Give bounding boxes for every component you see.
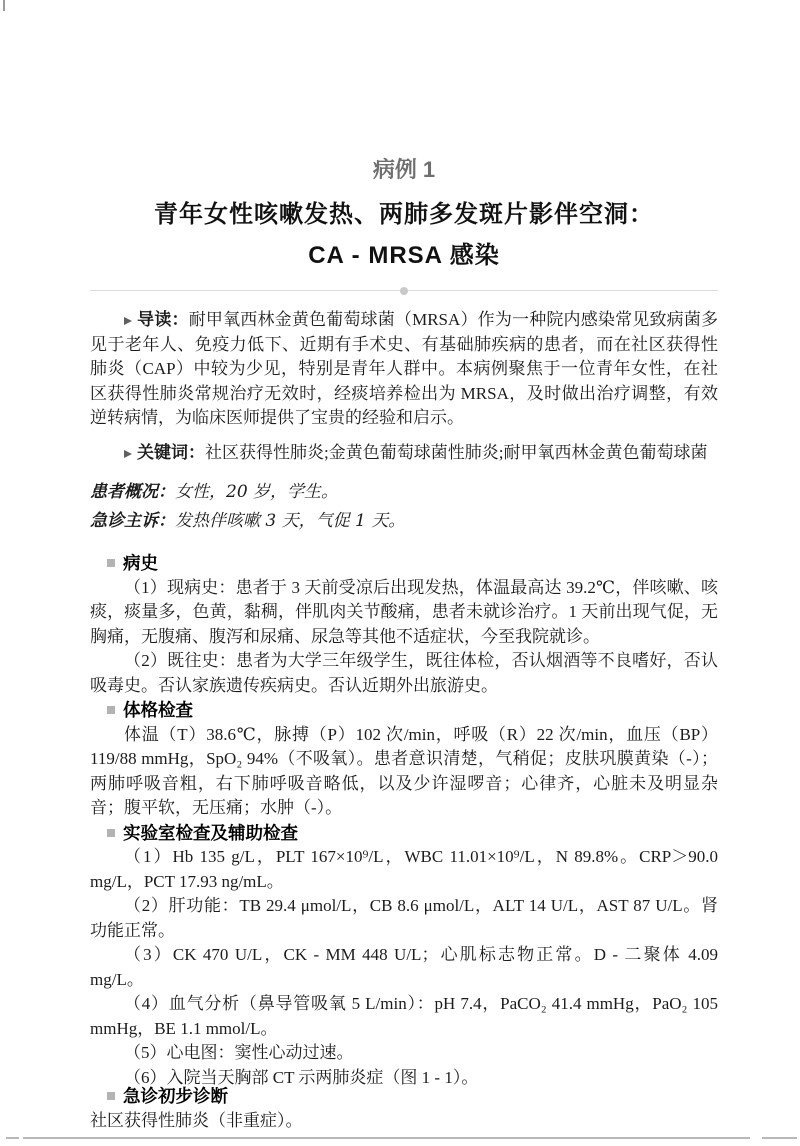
patient-overview-line: 患者概况：女性，20 岁，学生。 [90,480,718,505]
chief-complaint-line: 急诊主诉：发热伴咳嗽 3 天，气促 1 天。 [90,509,718,534]
lab-item: （5）心电图：窦性心动过速。 [90,1041,718,1066]
section-heading-label: 实验室检查及辅助检查 [123,823,298,843]
square-bullet-icon [107,706,115,714]
divider-dot-icon [400,287,408,295]
section-heading-history: 病史 [90,551,718,576]
triangle-bullet-icon [124,317,132,325]
section-divider [90,290,718,291]
section-heading-lab-tests: 实验室检查及辅助检查 [90,821,718,846]
page-content: 病例 1 青年女性咳嗽发热、两肺多发斑片影伴空洞： CA - MRSA 感染 导… [90,0,718,1133]
abstract-intro: 导读：耐甲氧西林金黄色葡萄球菌（MRSA）作为一种院内感染常见致病菌多见于老年人… [90,308,718,431]
physical-exam-paragraph: 体温（T）38.6℃，脉搏（P）102 次/min，呼吸（R）22 次/min，… [90,723,718,821]
history-paragraph: （2）既往史：患者为大学三年级学生，既往体检，否认烟酒等不良嗜好，否认吸毒史。否… [90,649,718,698]
book-page: 病例 1 青年女性咳嗽发热、两肺多发斑片影伴空洞： CA - MRSA 感染 导… [0,0,800,1146]
keywords-text: 社区获得性肺炎;金黄色葡萄球菌性肺炎;耐甲氧西林金黄色葡萄球菌 [205,443,707,462]
diagnosis-text: 社区获得性肺炎（非重症）。 [90,1109,718,1134]
square-bullet-icon [107,829,115,837]
page-title-line1: 青年女性咳嗽发热、两肺多发斑片影伴空洞： [154,201,654,228]
scan-artifact-bottom [23,1137,750,1139]
scan-artifact-top [3,0,5,11]
history-paragraph: （1）现病史：患者于 3 天前受凉后出现发热，体温最高达 39.2℃，伴咳嗽、咳… [90,576,718,650]
lab-item: （4）血气分析（鼻导管吸氧 5 L/min）：pH 7.4，PaCO₂ 41.4… [90,992,718,1041]
lab-item: （2）肝功能：TB 29.4 μmol/L，CB 8.6 μmol/L，ALT … [90,894,718,943]
square-bullet-icon [107,559,115,567]
section-heading-label: 病史 [123,553,158,573]
scan-artifact-bottom [6,1137,19,1139]
lab-item: （3）CK 470 U/L，CK - MM 448 U/L；心肌标志物正常。D … [90,943,718,992]
page-title: 青年女性咳嗽发热、两肺多发斑片影伴空洞： CA - MRSA 感染 [90,194,718,276]
section-heading-label: 体格检查 [123,700,193,720]
abstract-keywords: 关键词：社区获得性肺炎;金黄色葡萄球菌性肺炎;耐甲氧西林金黄色葡萄球菌 [90,441,718,466]
intro-label: 导读： [137,310,189,329]
chief-complaint-value: 发热伴咳嗽 3 天，气促 1 天。 [175,511,405,531]
patient-overview-value: 女性，20 岁，学生。 [175,482,338,502]
case-number-label: 病例 1 [90,158,718,182]
lab-item: （1）Hb 135 g/L，PLT 167×10⁹/L，WBC 11.01×10… [90,845,718,894]
section-heading-label: 急诊初步诊断 [123,1086,228,1106]
square-bullet-icon [107,1092,115,1100]
chief-complaint-label: 急诊主诉： [90,511,175,531]
scan-artifact-bottom [762,1137,797,1139]
keywords-label: 关键词： [137,443,205,462]
section-heading-physical-exam: 体格检查 [90,698,718,723]
page-title-line2: CA - MRSA 感染 [308,242,500,269]
patient-overview-label: 患者概况： [90,482,175,502]
triangle-bullet-icon [124,450,132,458]
